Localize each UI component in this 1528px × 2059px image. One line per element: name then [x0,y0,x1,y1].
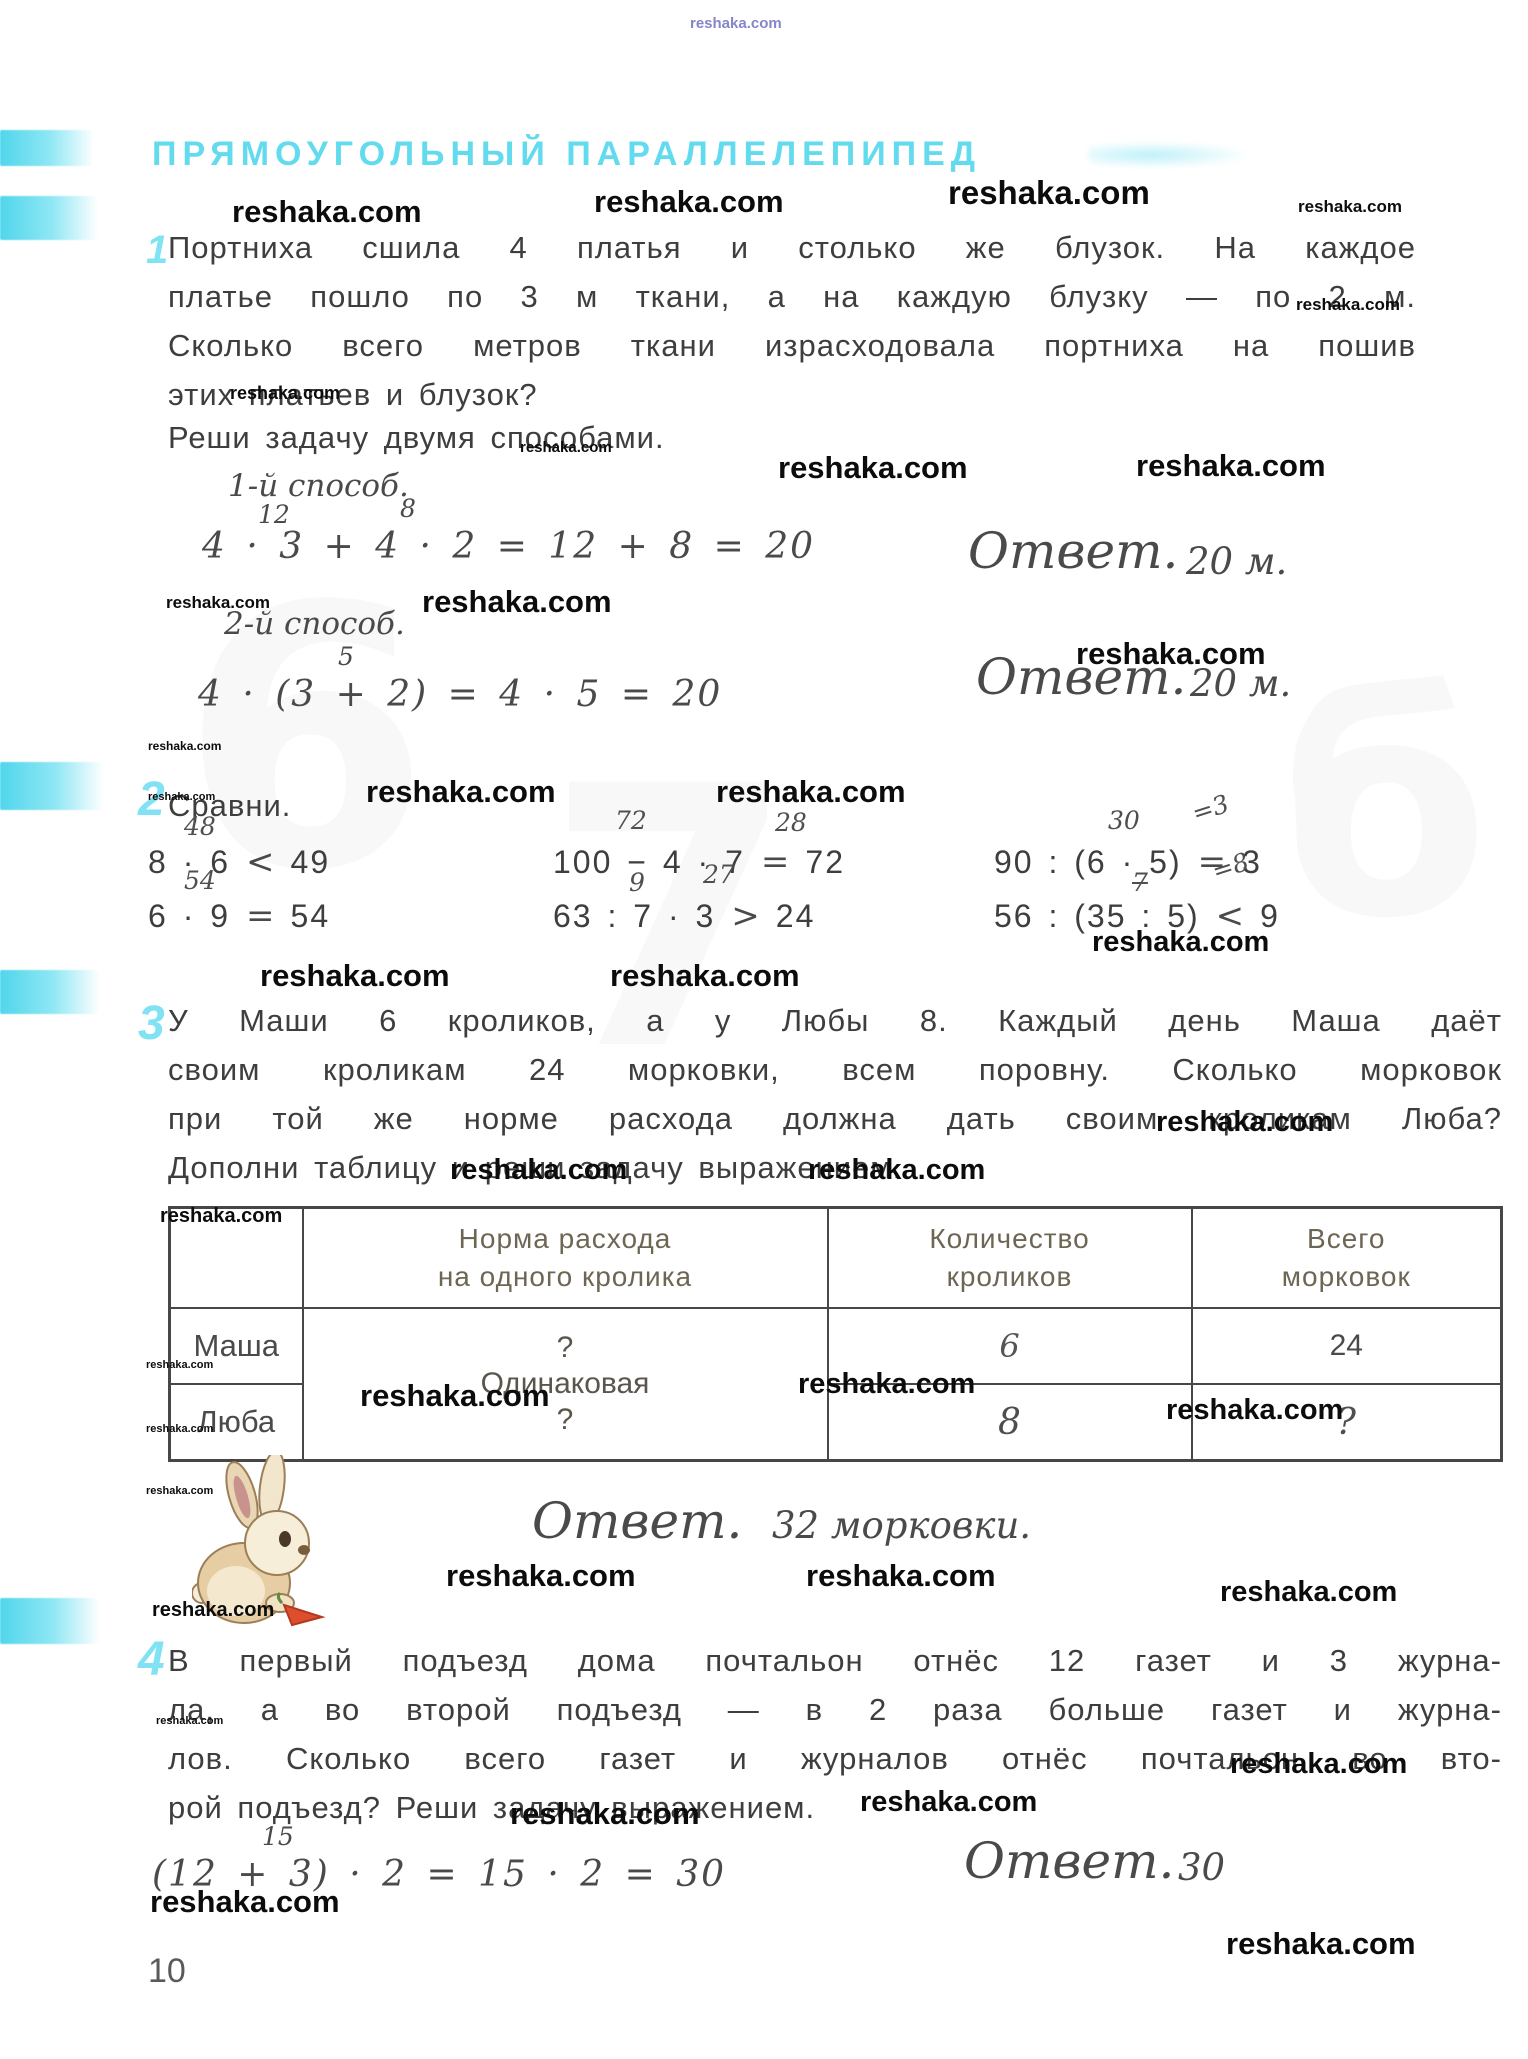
table-header-norm: Норма расхода на одного кролика [303,1208,828,1309]
handwritten-equation-way2: 4 · (3 + 2) = 4 · 5 = 20 [198,674,722,715]
table-cell-name: Маша [170,1308,303,1384]
watermark-text: reshaka.com [148,792,215,803]
handwritten-equation-way1: 4 · 3 + 4 · 2 = 12 + 8 = 20 [202,526,815,567]
table-header-total: Всего морковок [1192,1208,1502,1309]
watermark-text: reshaka.com [150,1886,340,1917]
page-title: ПРЯМОУГОЛЬНЫЙ ПАРАЛЛЕЛЕПИПЕД [152,135,981,174]
handwritten-annotation: 72 [615,806,647,835]
header-line: на одного кролика [304,1258,827,1296]
text-line: рой подъезд? Реши задачу выражением. [168,1783,1502,1832]
text-line: этих платьев и блузок? [168,370,1416,419]
watermark-text: reshaka.com [160,1206,282,1226]
handwritten-annotation: 15 [262,1822,294,1851]
problem-4-text: В первый подъезд дома почтальон отнёс 12… [168,1636,1502,1832]
text-line: Портниха сшила 4 платья и столько же блу… [168,223,1416,272]
watermark-text: reshaka.com [806,1560,996,1591]
watermark-text: reshaka.com [778,452,968,483]
watermark-text: reshaka.com [690,16,782,31]
handwritten-annotation: 27 [703,860,735,889]
handwritten-way1-label: 1-й способ. [228,468,409,504]
watermark-text: reshaka.com [1156,1108,1333,1137]
problem-1-number: 1 [146,228,168,273]
answer-value: 32 морковки. [772,1504,1031,1547]
watermark-text: reshaka.com [520,440,612,455]
watermark-text: reshaka.com [446,1560,636,1591]
accent-bar [0,762,110,810]
watermark-text: reshaka.com [422,586,612,617]
watermark-text: reshaka.com [716,776,906,807]
handwritten-annotation: 54 [184,866,216,895]
scan-smear [1088,142,1246,168]
watermark-text: reshaka.com [260,960,450,991]
header-line: морковок [1193,1258,1501,1296]
handwritten-annotation: 30 [1108,806,1140,835]
handwritten-annotation: 8 [400,494,416,523]
question-mark: ? [304,1330,827,1366]
expression-right: 72 [805,844,845,880]
expression-right: 54 [291,898,331,934]
accent-bar [0,196,104,240]
handwritten-sign: = [745,842,806,882]
text-line: У Маши 6 кроликов, а у Любы 8. Каждый де… [168,996,1502,1045]
comparison-item: 48 8 · 6<49 [148,842,330,882]
watermark-text: reshaka.com [156,1716,223,1727]
handwritten-annotation: =3 [1188,789,1232,828]
handwritten-annotation: 48 [184,812,216,841]
handwritten-sign: = [230,896,291,936]
expression-left: 63 : 7 · 3 [553,898,715,934]
watermark-text: reshaka.com [360,1380,550,1411]
problem-1-text: Портниха сшила 4 платья и столько же блу… [168,223,1416,419]
accent-bar [0,130,100,166]
answer-label: Ответ. [964,1832,1174,1890]
scan-ghost: б [1280,660,1489,960]
watermark-text: reshaka.com [146,1360,213,1371]
header-line: кроликов [829,1258,1191,1296]
watermark-text: reshaka.com [1076,638,1266,669]
watermark-text: reshaka.com [1136,450,1326,481]
comparison-item: 54 6 · 9=54 [148,896,330,936]
table-header-qty: Количество кроликов [828,1208,1192,1309]
table-header-row: Норма расхода на одного кролика Количест… [170,1208,1502,1309]
watermark-text: reshaka.com [1226,1928,1416,1959]
handwritten-annotation: 5 [338,642,354,671]
text-line: ла, а во второй подъезд — в 2 раза больш… [168,1685,1502,1734]
handwritten-annotation: 7 [1132,868,1148,897]
watermark-text: reshaka.com [1220,1578,1397,1607]
watermark-text: reshaka.com [610,960,800,991]
answer-label: Ответ. [968,522,1178,580]
comparison-item: 9 27 63 : 7 · 3>24 [553,896,815,936]
problem-4-number: 4 [138,1632,165,1687]
watermark-text: reshaka.com [798,1370,975,1399]
watermark-text: reshaka.com [230,384,340,402]
expression-right: 49 [291,844,331,880]
comparison-item: 72 28 100 − 4 · 7=72 [553,842,845,882]
watermark-text: reshaka.com [232,196,422,227]
watermark-text: reshaka.com [366,776,556,807]
watermark-text: reshaka.com [1092,928,1269,957]
watermark-text: reshaka.com [510,1798,700,1829]
watermark-text: reshaka.com [146,1424,213,1435]
watermark-text: reshaka.com [152,1600,274,1620]
answer-label: Ответ. [532,1492,742,1550]
expression-right: 24 [776,898,816,934]
handwritten-annotation: 28 [775,808,807,837]
watermark-text: reshaka.com [166,594,270,611]
watermark-text: reshaka.com [146,1486,213,1497]
workbook-page: 67б ПРЯМОУГОЛЬНЫЙ ПАРАЛЛЕЛЕПИПЕД 1 Портн… [0,0,1528,2059]
watermark-text: reshaka.com [594,186,784,217]
text-line: Сколько всего метров ткани израсходовала… [168,321,1416,370]
text-line: В первый подъезд дома почтальон отнёс 12… [168,1636,1502,1685]
expression-left: 90 : (6 · 5) [994,844,1182,880]
handwritten-sign: < [230,842,291,882]
answer-value: 20 м. [1186,540,1287,583]
watermark-text: reshaka.com [860,1788,1037,1817]
answer-value: 30 [1178,1846,1225,1889]
handwritten-sign: > [715,896,776,936]
text-line: платье пошло по 3 м ткани, а на каждую б… [168,272,1416,321]
watermark-text: reshaka.com [148,740,221,752]
watermark-text: reshaka.com [1230,1750,1407,1779]
watermark-text: reshaka.com [1296,296,1400,313]
header-line: Количество [829,1220,1191,1258]
text-line: своим кроликам 24 морковки, всем поровну… [168,1045,1502,1094]
accent-bar [0,1598,106,1644]
watermark-text: reshaka.com [948,176,1150,209]
handwritten-annotation: 12 [258,500,290,529]
handwritten-annotation: 9 [629,868,645,897]
page-number: 10 [148,1952,186,1991]
header-line: Норма расхода [304,1220,827,1258]
printed-value: 6 [999,1327,1019,1365]
watermark-text: reshaka.com [808,1156,985,1185]
header-line: Всего [1193,1220,1501,1258]
expression-left: 6 · 9 [148,898,230,934]
watermark-text: reshaka.com [1166,1396,1343,1425]
problem-3-number: 3 [138,996,165,1051]
watermark-text: reshaka.com [1298,198,1402,215]
handwritten-value: 8 [998,1402,1021,1443]
watermark-text: reshaka.com [450,1156,627,1185]
accent-bar [0,970,106,1014]
table-cell-total: 24 [1192,1308,1502,1384]
